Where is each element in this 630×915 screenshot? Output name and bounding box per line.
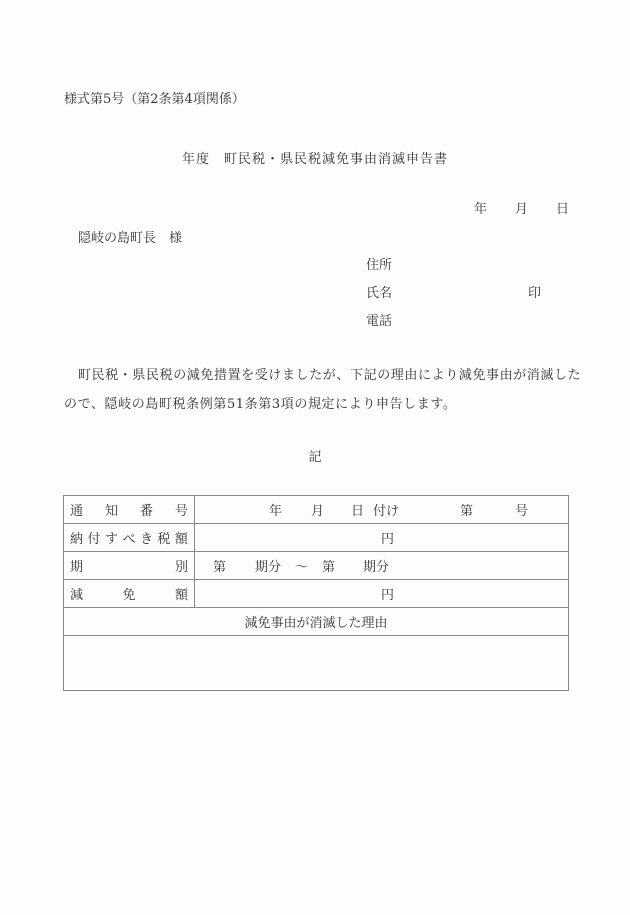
- date-day-label: 日: [556, 198, 569, 217]
- notice-number-label: 通 知 番 号: [64, 496, 195, 524]
- period-label: 期 別: [64, 552, 195, 580]
- details-table: 通 知 番 号 年 月 日 付け 第 号 納 付 す べ き: [63, 495, 569, 691]
- ki-label: 記: [0, 446, 630, 465]
- name-label: 氏名: [366, 282, 392, 301]
- table-row-reason-header: 減免事由が消滅した理由: [64, 608, 569, 636]
- declaration-text: 町民税・県民税の減免措置を受けましたが、下記の理由により減免事由が消滅したので、…: [64, 361, 584, 419]
- form-number: 様式第5号（第2条第4項関係）: [64, 88, 245, 107]
- address-label: 住所: [366, 254, 392, 273]
- reason-field[interactable]: [64, 636, 569, 691]
- date-month-label: 月: [515, 198, 528, 217]
- addressee: 隠岐の島町長 様: [78, 227, 182, 246]
- document-title: 年度 町民税・県民税減免事由消滅申告書: [0, 148, 630, 167]
- seal-label: 印: [528, 282, 541, 301]
- period-field[interactable]: 第 期分 ～ 第 期分: [195, 552, 569, 580]
- table-row-period: 期 別 第 期分 ～ 第 期分: [64, 552, 569, 580]
- tax-amount-label: 納 付 す べ き 税 額: [64, 524, 195, 552]
- notice-number-field[interactable]: 年 月 日 付け 第 号: [195, 496, 569, 524]
- date-year-label: 年: [474, 198, 487, 217]
- table-row-notice-number: 通 知 番 号 年 月 日 付け 第 号: [64, 496, 569, 524]
- table-row-exemption-amount: 減 免 額 円: [64, 580, 569, 608]
- phone-label: 電話: [366, 310, 392, 329]
- exemption-amount-label: 減 免 額: [64, 580, 195, 608]
- tax-amount-field[interactable]: 円: [195, 524, 569, 552]
- table-row-tax-amount: 納 付 す べ き 税 額 円: [64, 524, 569, 552]
- table-row-reason-body: [64, 636, 569, 691]
- reason-header: 減免事由が消滅した理由: [64, 608, 569, 636]
- exemption-amount-field[interactable]: 円: [195, 580, 569, 608]
